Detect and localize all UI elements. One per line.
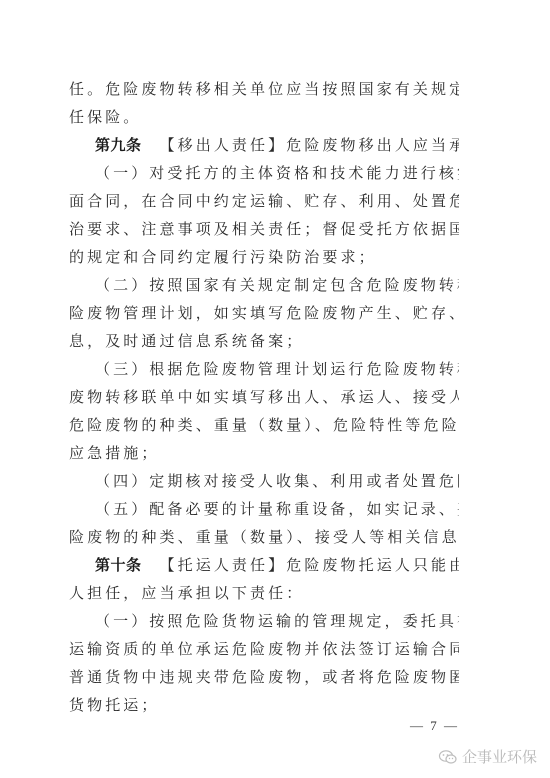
text-line: 货物托运； (69, 691, 459, 719)
text-line: 的规定和合同约定履行污染防治要求； (69, 243, 459, 271)
wechat-icon (438, 749, 458, 765)
text-line: （三）根据危险废物管理计划运行危险废物转移联单，在危险 (69, 355, 459, 383)
text-line: 任。危险废物转移相关单位应当按照国家有关规定投保环境污染责 (69, 75, 459, 103)
article-number: 第九条 (95, 136, 142, 154)
text-line: 应急措施； (69, 439, 459, 467)
text-line: 运输资质的单位承运危险废物并依法签订运输合同；不得在托运的 (69, 635, 459, 663)
article-number: 第十条 (95, 556, 142, 574)
page-number: — 7 — (410, 718, 459, 734)
document-body: 任。危险废物转移相关单位应当按照国家有关规定投保环境污染责 任保险。 第九条【移… (69, 75, 459, 719)
text-line: （五）配备必要的计量称重设备，如实记录、妥善保管转移危 (69, 495, 459, 523)
text-line: 治要求、注意事项及相关责任；督促受托方依据国家有关法律法规 (69, 215, 459, 243)
text-line: 人担任，应当承担以下责任： (69, 579, 459, 607)
text-line: 息，及时通过信息系统备案； (69, 327, 459, 355)
document-page: 任。危险废物转移相关单位应当按照国家有关规定投保环境污染责 任保险。 第九条【移… (0, 0, 550, 778)
text-line: 面合同，在合同中约定运输、贮存、利用、处置危险废物的污染防 (69, 187, 459, 215)
text-line: 废物转移联单中如实填写移出人、承运人、接受人信息以及拟转移 (69, 383, 459, 411)
article-title: 【托运人责任】危险废物托运人只能由移出人或接受 (160, 556, 459, 574)
text-line: 危险废物的种类、重量（数量）、危险特性等危险废物信息和环境 (69, 411, 459, 439)
text-line: （一）按照危险货物运输的管理规定，委托具有相应危险货物 (69, 607, 459, 635)
text-line: 险废物的种类、重量（数量）、接受人等相关信息。 (69, 523, 459, 551)
text-line: 普通货物中违规夹带危险废物，或者将危险废物匿报、谎报为普通 (69, 663, 459, 691)
watermark: 企事业环保 (438, 746, 537, 767)
text-line: （四）定期核对接受人收集、利用或者处置危险废物的情况； (69, 467, 459, 495)
text-line: 险废物管理计划，如实填写危险废物产生、贮存、转移等相关信 (69, 299, 459, 327)
article-9-heading: 第九条【移出人责任】危险废物移出人应当承担以下责任： (69, 131, 459, 159)
article-title: 【移出人责任】危险废物移出人应当承担以下责任： (160, 136, 459, 154)
text-line: （二）按照国家有关规定制定包含危险废物转移计划在内的危 (69, 271, 459, 299)
watermark-text: 企事业环保 (462, 746, 537, 767)
text-line: 任保险。 (69, 103, 459, 131)
text-line: （一）对受托方的主体资格和技术能力进行核实，依法签订书 (69, 159, 459, 187)
article-10-heading: 第十条【托运人责任】危险废物托运人只能由移出人或接受 (69, 551, 459, 579)
